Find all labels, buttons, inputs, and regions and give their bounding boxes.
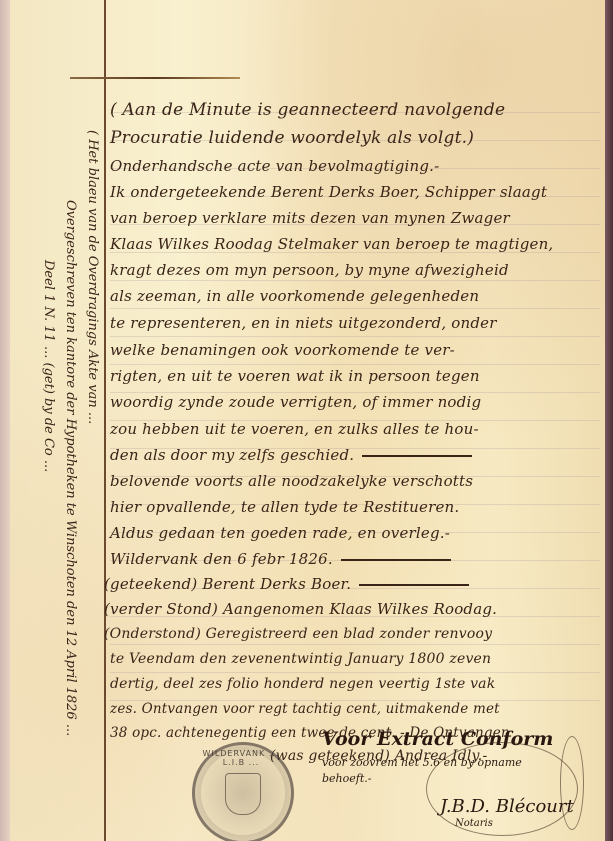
body-line: rigten, en uit te voeren wat ik in perso… xyxy=(110,367,480,385)
seal-legend: WILDERVANK ... L.I.B ... xyxy=(199,749,283,767)
date-line: Wildervank den 6 febr 1826. xyxy=(110,550,451,568)
ruled-line xyxy=(110,644,600,645)
body-line: Procuratie luidende woordelyk als volgt.… xyxy=(110,128,474,148)
body-line: (Onderstond) Geregistreerd een blad zond… xyxy=(104,626,492,642)
body-line: dertig, deel zes folio honderd negen vee… xyxy=(110,676,495,692)
signature-flourish xyxy=(560,736,584,830)
body-line: Aldus gedaan ten goeden rade, en overleg… xyxy=(110,524,450,542)
body-line: welke benamingen ook voorkomende te ver- xyxy=(110,341,455,359)
ruled-line xyxy=(110,364,600,365)
body-line: te Veendam den zevenentwintig January 18… xyxy=(110,651,491,667)
margin-note: Overgeschreven ten kantore der Hypotheke… xyxy=(63,200,78,736)
body-line: van beroep verklare mits dezen van mynen… xyxy=(110,209,510,227)
margin-rule-vertical xyxy=(104,0,106,841)
ruled-line xyxy=(110,672,600,673)
body-line: Ik ondergeteekende Berent Derks Boer, Sc… xyxy=(110,183,547,201)
ruled-line xyxy=(110,280,600,281)
body-line: (verder Stond) Aangenomen Klaas Wilkes R… xyxy=(104,600,497,618)
signed-line: (geteekend) Berent Derks Boer. xyxy=(104,575,469,593)
ruled-line xyxy=(110,308,600,309)
body-line: te representeren, en in niets uitgezonde… xyxy=(110,314,497,332)
coat-of-arms-icon xyxy=(225,773,261,815)
margin-note: ( Het blaeu van de Overdragings Akte van… xyxy=(85,130,100,424)
body-line: den als door my zelfs geschied. xyxy=(110,446,472,464)
body-line: als zeeman, in alle voorkomende gelegenh… xyxy=(110,287,479,305)
body-line: woordig zynde zoude verrigten, of immer … xyxy=(110,393,481,411)
body-line: Onderhandsche acte van bevolmagtiging.- xyxy=(110,157,439,175)
body-line: hier opvallende, te allen tyde te Restit… xyxy=(110,498,459,516)
body-line: Klaas Wilkes Roodag Stelmaker van beroep… xyxy=(110,235,553,253)
ruled-line xyxy=(110,336,600,337)
page-left-edge xyxy=(0,0,10,841)
body-line: kragt dezes om myn persoon, by myne afwe… xyxy=(110,261,509,279)
notary-seal-stamp: WILDERVANK ... L.I.B ... xyxy=(192,742,294,841)
body-line: belovende voorts alle noodzakelyke versc… xyxy=(110,472,473,490)
body-line: zes. Ontvangen voor regt tachtig cent, u… xyxy=(110,701,500,717)
document-page: ( Aan de Minute is geannecteerd navolgen… xyxy=(0,0,613,841)
margin-rule-horizontal xyxy=(70,77,240,79)
margin-note: Deel 1 N. 11 ... (get) by de Co ... xyxy=(41,260,56,472)
signature-flourish xyxy=(426,742,578,836)
page-right-edge xyxy=(605,0,613,841)
body-line: zou hebben uit te voeren, en zulks alles… xyxy=(110,420,479,438)
fee-note: behoeft.- xyxy=(322,772,371,785)
body-line: ( Aan de Minute is geannecteerd navolgen… xyxy=(110,100,505,120)
